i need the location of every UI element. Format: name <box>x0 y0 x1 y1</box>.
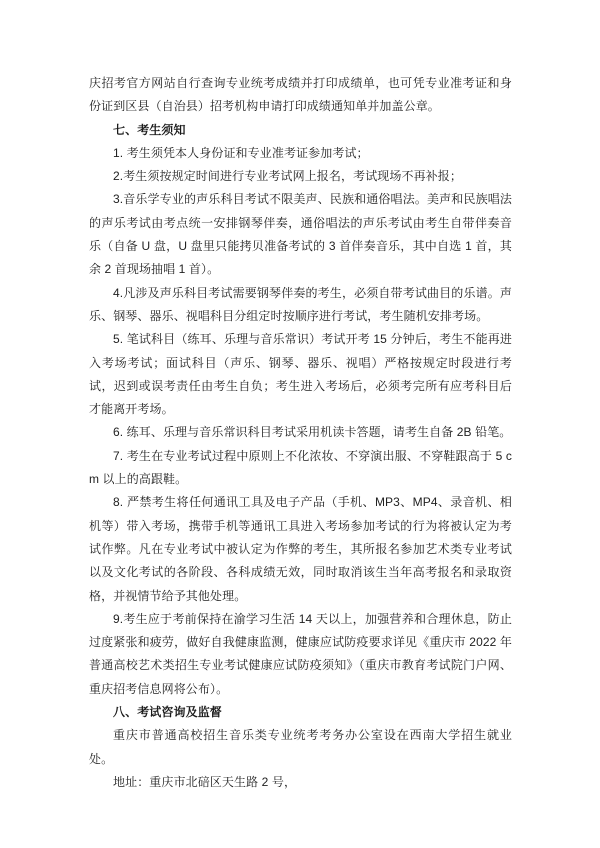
section-heading-exam-consultation: 八、考试咨询及监督 <box>89 701 512 724</box>
list-item-7: 7. 考生在专业考试过程中原则上不化浓妆、不穿演出服、不穿鞋跟高于 5 cm 以… <box>89 445 512 492</box>
list-item-2: 2.考生须按规定时间进行专业考试网上报名，考试现场不再补报； <box>89 165 512 188</box>
list-item-4: 4.凡涉及声乐科目考试需要钢琴伴奏的考生，必须自带考试曲目的乐谱。声乐、钢琴、器… <box>89 282 512 329</box>
paragraph-office-location: 重庆市普通高校招生音乐类专业统考考务办公室设在西南大学招生就业处。 <box>89 724 512 771</box>
list-item-1: 1. 考生须凭本人身份证和专业准考证参加考试； <box>89 142 512 165</box>
section-heading-candidate-notes: 七、考生须知 <box>89 119 512 142</box>
list-item-3: 3.音乐学专业的声乐科目考试不限美声、民族和通俗唱法。美声和民族唱法的声乐考试由… <box>89 188 512 281</box>
list-item-9: 9.考生应于考前保持在渝学习生活 14 天以上，加强营养和合理休息，防止过度紧张… <box>89 608 512 701</box>
list-item-8: 8. 严禁考生将任何通讯工具及电子产品（手机、MP3、MP4、录音机、相机等）带… <box>89 491 512 607</box>
list-item-6: 6. 练耳、乐理与音乐常识科目考试采用机读卡答题，请考生自备 2B 铅笔。 <box>89 421 512 444</box>
document-page: 庆招考官方网站自行查询专业统考成绩并打印成绩单，也可凭专业准考证和身份证到区县（… <box>0 0 600 848</box>
paragraph-address: 地址：重庆市北碚区天生路 2 号， <box>89 771 512 794</box>
paragraph-continuation: 庆招考官方网站自行查询专业统考成绩并打印成绩单，也可凭专业准考证和身份证到区县（… <box>89 72 512 119</box>
list-item-5: 5. 笔试科目（练耳、乐理与音乐常识）考试开考 15 分钟后，考生不能再进入考场… <box>89 328 512 421</box>
document-body: 庆招考官方网站自行查询专业统考成绩并打印成绩单，也可凭专业准考证和身份证到区县（… <box>89 72 512 794</box>
